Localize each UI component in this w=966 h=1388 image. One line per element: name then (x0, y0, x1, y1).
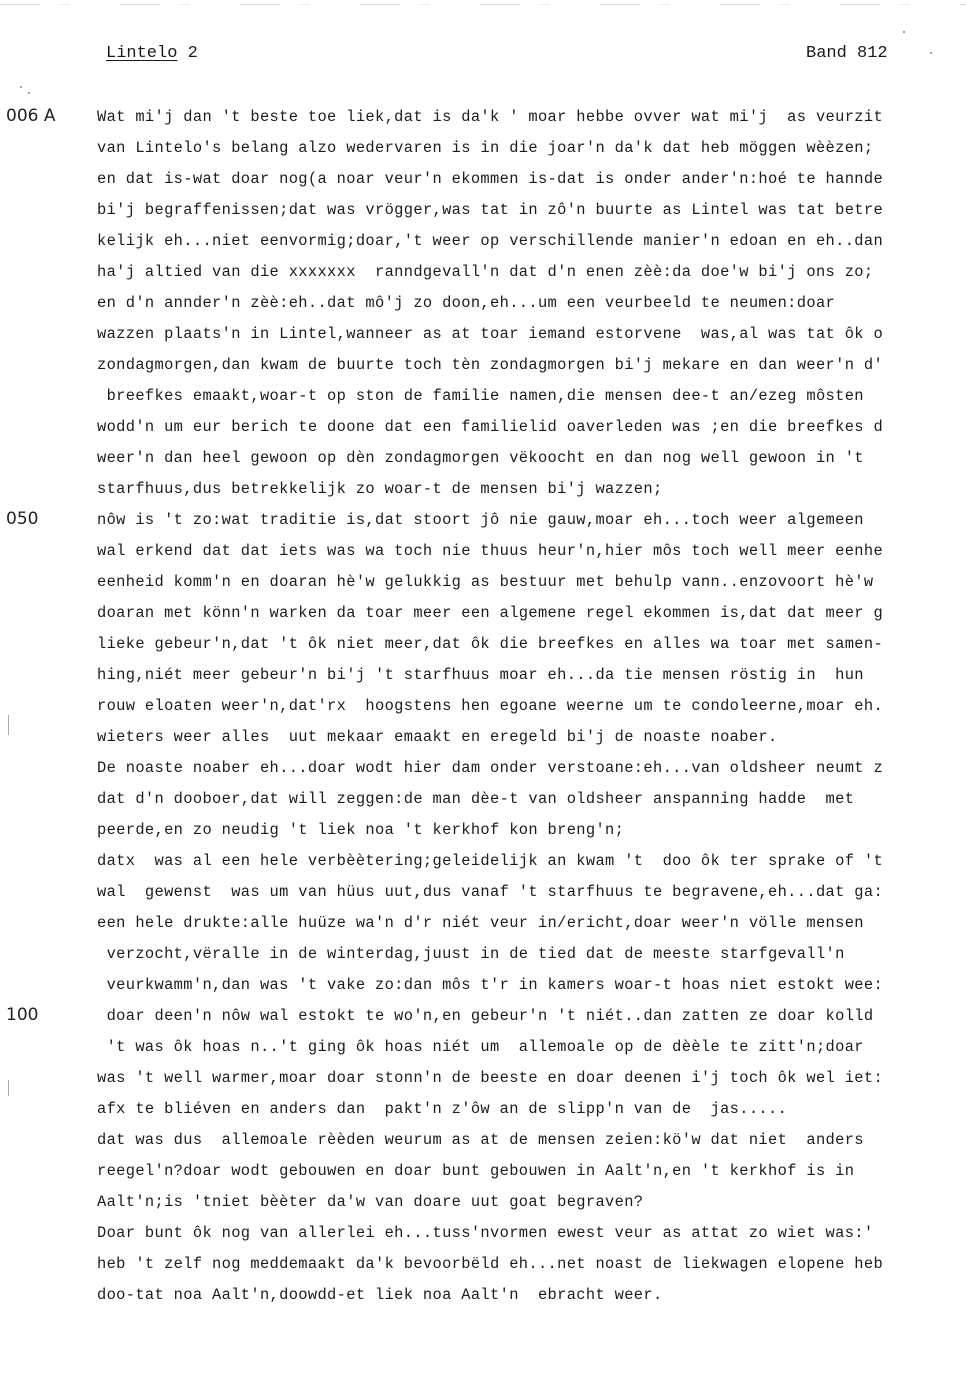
transcript-line: De noaste noaber eh...doar wodt hier dam… (97, 759, 883, 777)
scan-speck (903, 31, 905, 33)
transcript-line: wal gewenst was um van hüus uut,dus vana… (97, 883, 883, 901)
transcript-line: een hele drukte:alle huüze wa'n d'r niét… (97, 914, 864, 932)
transcript-line: breefkes emaakt,woar-t op ston de famili… (97, 387, 864, 405)
transcript-line: nôw is 't zo:wat traditie is,dat stoort … (97, 511, 864, 529)
transcript-line: was 't well warmer,moar doar stonn'n de … (97, 1069, 883, 1087)
transcript-line: ha'j altied van die xxxxxxx ranndgevall'… (97, 263, 873, 281)
transcript-line: datx was al een hele verbèètering;geleid… (97, 852, 883, 870)
scan-gutter-mark (8, 715, 9, 735)
transcript-line: Wat mi'j dan 't beste toe liek,dat is da… (97, 108, 883, 126)
transcript-line: dat d'n dooboer,dat will zeggen:de man d… (97, 790, 854, 808)
scan-gutter-mark (8, 1080, 9, 1096)
transcript-line: heb 't zelf nog meddemaakt da'k bevoorbë… (97, 1255, 883, 1273)
transcript-line: van Lintelo's belang alzo wedervaren is … (97, 139, 873, 157)
transcript-line: lieke gebeur'n,dat 't ôk niet meer,dat ô… (97, 635, 883, 653)
transcript-line: wieters weer alles uut mekaar emaakt en … (97, 728, 778, 746)
transcript-line: kelijk eh...niet eenvormig;doar,'t weer … (97, 232, 883, 250)
transcript-line: en dat is-wat doar nog(a noar veur'n eko… (97, 170, 883, 188)
document-header-title: Lintelo 2 (106, 44, 198, 63)
transcript-line: doar deen'n nôw wal estokt te wo'n,en ge… (97, 1007, 873, 1025)
margin-counter-label: 006 A (6, 106, 55, 126)
transcript-line: Doar bunt ôk nog van allerlei eh...tuss'… (97, 1224, 873, 1242)
scan-speck (28, 92, 30, 94)
transcript-line: afx te bliéven en anders dan pakt'n z'ôw… (97, 1100, 787, 1118)
transcript-line: en d'n annder'n zèè:eh..dat mô'j zo doon… (97, 294, 835, 312)
transcript-line: starfhuus,dus betrekkelijk zo woar-t de … (97, 480, 663, 498)
transcript-line: eenheid komm'n en doaran hè'w gelukkig a… (97, 573, 873, 591)
transcript-line: wal erkend dat dat iets was wa toch nie … (97, 542, 883, 560)
transcript-line: 't was ôk hoas n..'t ging ôk hoas niét u… (97, 1038, 864, 1056)
transcript-line: rouw eloaten weer'n,dat'rx hoogstens hen… (97, 697, 883, 715)
transcript-line: peerde,en zo neudig 't liek noa 't kerkh… (97, 821, 624, 839)
transcript-line: veurkwamm'n,dan was 't vake zo:dan môs t… (97, 976, 883, 994)
scan-speck (930, 52, 932, 54)
transcript-line: dat was dus allemoale rèèden weurum as a… (97, 1131, 864, 1149)
margin-counter-label: 100 (6, 1005, 38, 1025)
header-title-suffix: 2 (188, 44, 198, 63)
band-label: Band 812 (806, 44, 888, 63)
transcript-line: bi'j begraffenissen;dat was vrögger,was … (97, 201, 883, 219)
transcript-line: verzocht,vëralle in de winterdag,juust i… (97, 945, 845, 963)
transcript-line: doo-tat noa Aalt'n,doowdd-et liek noa Aa… (97, 1286, 663, 1304)
header-title: Lintelo (106, 44, 177, 63)
transcript-line: zondagmorgen,dan kwam de buurte toch tèn… (97, 356, 883, 374)
transcript-line: Aalt'n;is 'tniet bèèter da'w van doare u… (97, 1193, 643, 1211)
transcript-line: reegel'n?doar wodt gebouwen en doar bunt… (97, 1162, 854, 1180)
transcript-line: wazzen plaats'n in Lintel,wanneer as at … (97, 325, 883, 343)
transcript-line: wodd'n um eur berich te doone dat een fa… (97, 418, 883, 436)
transcript-line: hing,niét meer gebeur'n bi'j 't starfhuu… (97, 666, 864, 684)
margin-counter-label: 050 (6, 509, 38, 529)
scan-speck (20, 86, 22, 88)
scan-edge-line (0, 4, 966, 5)
transcript-line: doaran met könn'n warken da toar meer ee… (97, 604, 883, 622)
transcript-line: weer'n dan heel gewoon op dèn zondagmorg… (97, 449, 864, 467)
